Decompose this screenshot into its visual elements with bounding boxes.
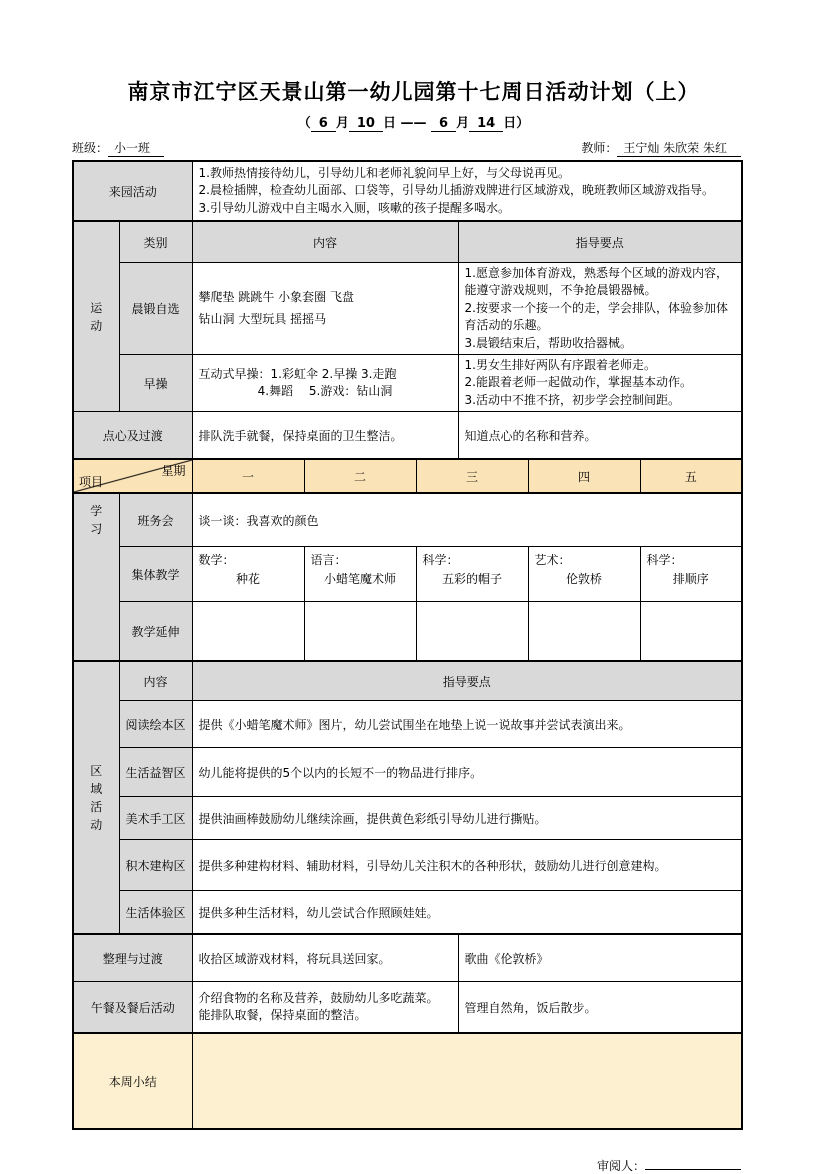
date-open: （: [298, 116, 311, 131]
sports-group-label: 运动: [73, 221, 119, 412]
lunch-label: 午餐及餐后活动: [73, 982, 192, 1034]
lesson-title: 小蜡笔魔术师: [311, 570, 410, 587]
reviewer-blank: [645, 1156, 741, 1170]
summary-content: [192, 1033, 742, 1129]
area-group-text: 区域活动: [88, 762, 104, 834]
day-thu: 四: [528, 459, 640, 493]
class-value: 小一班: [108, 141, 164, 157]
area-text-life-experience: 提供多种生活材料，幼儿尝试合作照顾娃娃。: [192, 891, 742, 935]
tidy-content: 收拾区域游戏材料，将玩具送回家。: [192, 934, 458, 982]
subject-name: 艺术：: [535, 551, 634, 568]
area-label-life-experience: 生活体验区: [119, 891, 192, 935]
group-teaching-row: 集体教学 数学： 种花 语言： 小蜡笔魔术师 科学： 五彩的帽子 艺术： 伦敦桥…: [73, 547, 742, 602]
week-corner-bottom: 项目: [79, 473, 103, 490]
morning-exercise-points: 1.愿意参加体育游戏，熟悉每个区域的游戏内容，能遵守游戏规则，不争抢晨锻器械。 …: [458, 263, 742, 355]
snack-label: 点心及过渡: [73, 412, 192, 460]
learning-group-label: 学习: [73, 493, 119, 661]
area-text-blocks: 提供多种建构材料、辅助材料，引导幼儿关注积木的各种形状，鼓励幼儿进行创意建构。: [192, 840, 742, 891]
morning-exercise-line: 钻山洞 大型玩具 摇摇马: [199, 311, 452, 328]
date-day1-label: 日: [383, 116, 396, 131]
date-day2: 14: [469, 116, 503, 132]
lesson-title: 排顺序: [647, 570, 736, 587]
extension-row: 教学延伸: [73, 602, 742, 662]
sports-group-text: 运动: [88, 299, 104, 335]
class-meeting-content: 谈一谈：我喜欢的颜色: [192, 493, 742, 547]
date-dash: ——: [401, 116, 427, 131]
sports-points-header: 指导要点: [458, 221, 742, 263]
arrival-line: 1.教师热情接待幼儿，引导幼儿和老师礼貌问早上好，与父母说再见。: [199, 165, 736, 182]
morning-drill-point: 3.活动中不推不挤，初步学会控制间距。: [465, 392, 736, 409]
day-mon: 一: [192, 459, 304, 493]
extension-mon: [192, 602, 304, 662]
teacher-field: 教师：王宁灿 朱欣荣 朱红: [581, 139, 741, 156]
morning-drill-content: 互动式早操：1.彩虹伞 2.早操 3.走跑 4.舞蹈 5.游戏：钻山洞: [192, 354, 458, 411]
group-teaching-tue: 语言： 小蜡笔魔术师: [304, 547, 416, 602]
morning-drill-row: 早操 互动式早操：1.彩虹伞 2.早操 3.走跑 4.舞蹈 5.游戏：钻山洞 1…: [73, 354, 742, 411]
class-label: 班级：: [72, 141, 108, 155]
morning-exercise-label: 晨锻自选: [119, 263, 192, 355]
lunch-row: 午餐及餐后活动 介绍食物的名称及营养，鼓励幼儿多吃蔬菜。 能排队取餐，保持桌面的…: [73, 982, 742, 1034]
area-row-art-craft: 美术手工区 提供油画棒鼓励幼儿继续涂画，提供黄色彩纸引导幼儿进行撕贴。: [73, 797, 742, 840]
week-header-row: 星期 项目 一 二 三 四 五: [73, 459, 742, 493]
morning-exercise-content: 攀爬垫 跳跳牛 小象套圈 飞盘 钻山洞 大型玩具 摇摇马: [192, 263, 458, 355]
area-row-life-puzzle: 生活益智区 幼儿能将提供的5个以内的长短不一的物品进行排序。: [73, 748, 742, 797]
morning-drill-line: 4.舞蹈 5.游戏：钻山洞: [199, 383, 452, 400]
subject-name: 科学：: [647, 551, 736, 568]
page-title: 南京市江宁区天景山第一幼儿园第十七周日活动计划（上）: [0, 76, 827, 106]
morning-drill-point: 1.男女生排好两队有序跟着老师走。: [465, 357, 736, 374]
day-fri: 五: [640, 459, 742, 493]
area-label-art-craft: 美术手工区: [119, 797, 192, 840]
subject-name: 科学：: [423, 551, 522, 568]
summary-label: 本周小结: [73, 1033, 192, 1129]
reviewer-label: 审阅人：: [597, 1159, 645, 1173]
week-corner-cell: 星期 项目: [73, 459, 192, 493]
arrival-label: 来园活动: [73, 161, 192, 221]
reviewer-line: 审阅人：: [72, 1156, 741, 1174]
tidy-points: 歌曲《伦敦桥》: [458, 934, 742, 982]
lunch-line: 介绍食物的名称及营养，鼓励幼儿多吃蔬菜。: [199, 990, 452, 1007]
lesson-title: 伦敦桥: [535, 570, 634, 587]
lunch-content: 介绍食物的名称及营养，鼓励幼儿多吃蔬菜。 能排队取餐，保持桌面的整洁。: [192, 982, 458, 1034]
sports-header-row: 运动 类别 内容 指导要点: [73, 221, 742, 263]
subject-name: 语言：: [311, 551, 410, 568]
teacher-value: 王宁灿 朱欣荣 朱红: [617, 141, 741, 157]
date-month1-label: 月: [336, 116, 349, 131]
group-teaching-wed: 科学： 五彩的帽子: [416, 547, 528, 602]
area-header-row: 区域活动 内容 指导要点: [73, 661, 742, 701]
snack-points: 知道点心的名称和营养。: [458, 412, 742, 460]
morning-drill-points: 1.男女生排好两队有序跟着老师走。 2.能跟着老师一起做动作，掌握基本动作。 3…: [458, 354, 742, 411]
morning-drill-label: 早操: [119, 354, 192, 411]
morning-drill-point: 2.能跟着老师一起做动作，掌握基本动作。: [465, 374, 736, 391]
group-teaching-thu: 艺术： 伦敦桥: [528, 547, 640, 602]
area-row-life-experience: 生活体验区 提供多种生活材料，幼儿尝试合作照顾娃娃。: [73, 891, 742, 935]
date-day1: 10: [349, 116, 383, 132]
extension-fri: [640, 602, 742, 662]
arrival-line: 2.晨检插牌，检查幼儿面部、口袋等，引导幼儿插游戏牌进行区域游戏，晚班教师区域游…: [199, 182, 736, 199]
sports-content-header: 内容: [192, 221, 458, 263]
date-month2-label: 月: [456, 116, 469, 131]
tidy-row: 整理与过渡 收拾区域游戏材料，将玩具送回家。 歌曲《伦敦桥》: [73, 934, 742, 982]
meta-row: 班级：小一班 教师：王宁灿 朱欣荣 朱红: [72, 139, 741, 156]
snack-content: 排队洗手就餐，保持桌面的卫生整洁。: [192, 412, 458, 460]
class-meeting-row: 学习 班务会 谈一谈：我喜欢的颜色: [73, 493, 742, 547]
teacher-label: 教师：: [581, 141, 617, 155]
area-text-reading: 提供《小蜡笔魔术师》图片，幼儿尝试围坐在地垫上说一说故事并尝试表演出来。: [192, 701, 742, 748]
area-text-life-puzzle: 幼儿能将提供的5个以内的长短不一的物品进行排序。: [192, 748, 742, 797]
morning-exercise-line: 攀爬垫 跳跳牛 小象套圈 飞盘: [199, 289, 452, 306]
weekly-plan-table: 来园活动 1.教师热情接待幼儿，引导幼儿和老师礼貌问早上好，与父母说再见。 2.…: [72, 160, 743, 1130]
arrival-line: 3.引导幼儿游戏中自主喝水入厕，咳嗽的孩子提醒多喝水。: [199, 200, 736, 217]
date-range: （6月10日 —— 6月14日）: [0, 112, 827, 131]
learning-group-text: 学习: [88, 502, 104, 538]
area-group-label: 区域活动: [73, 661, 119, 934]
document-page: 南京市江宁区天景山第一幼儿园第十七周日活动计划（上） （6月10日 —— 6月1…: [0, 0, 827, 1170]
area-label-reading: 阅读绘本区: [119, 701, 192, 748]
extension-tue: [304, 602, 416, 662]
area-row-blocks: 积木建构区 提供多种建构材料、辅助材料，引导幼儿关注积木的各种形状，鼓励幼儿进行…: [73, 840, 742, 891]
morning-exercise-row: 晨锻自选 攀爬垫 跳跳牛 小象套圈 飞盘 钻山洞 大型玩具 摇摇马 1.愿意参加…: [73, 263, 742, 355]
tidy-label: 整理与过渡: [73, 934, 192, 982]
class-meeting-label: 班务会: [119, 493, 192, 547]
morning-drill-line: 互动式早操：1.彩虹伞 2.早操 3.走跑: [199, 366, 452, 383]
arrival-row: 来园活动 1.教师热情接待幼儿，引导幼儿和老师礼貌问早上好，与父母说再见。 2.…: [73, 161, 742, 221]
morning-exercise-point: 1.愿意参加体育游戏，熟悉每个区域的游戏内容，能遵守游戏规则，不争抢晨锻器械。: [465, 265, 736, 300]
lesson-title: 种花: [199, 570, 298, 587]
morning-exercise-point: 2.按要求一个接一个的走，学会排队，体验参加体育活动的乐趣。: [465, 300, 736, 335]
day-wed: 三: [416, 459, 528, 493]
subject-name: 数学：: [199, 551, 298, 568]
group-teaching-fri: 科学： 排顺序: [640, 547, 742, 602]
summary-row: 本周小结: [73, 1033, 742, 1129]
day-tue: 二: [304, 459, 416, 493]
date-day2-label: 日）: [503, 116, 529, 131]
class-field: 班级：小一班: [72, 139, 164, 156]
lunch-line: 能排队取餐，保持桌面的整洁。: [199, 1007, 452, 1024]
lunch-points: 管理自然角，饭后散步。: [458, 982, 742, 1034]
date-month1: 6: [311, 116, 336, 132]
extension-thu: [528, 602, 640, 662]
area-points-header: 指导要点: [192, 661, 742, 701]
area-content-header: 内容: [119, 661, 192, 701]
week-corner-top: 星期: [162, 462, 186, 479]
date-month2: 6: [431, 116, 456, 132]
snack-row: 点心及过渡 排队洗手就餐，保持桌面的卫生整洁。 知道点心的名称和营养。: [73, 412, 742, 460]
extension-wed: [416, 602, 528, 662]
area-text-art-craft: 提供油画棒鼓励幼儿继续涂画，提供黄色彩纸引导幼儿进行撕贴。: [192, 797, 742, 840]
group-teaching-mon: 数学： 种花: [192, 547, 304, 602]
area-row-reading: 阅读绘本区 提供《小蜡笔魔术师》图片，幼儿尝试围坐在地垫上说一说故事并尝试表演出…: [73, 701, 742, 748]
extension-label: 教学延伸: [119, 602, 192, 662]
sports-category-header: 类别: [119, 221, 192, 263]
group-teaching-label: 集体教学: [119, 547, 192, 602]
lesson-title: 五彩的帽子: [423, 570, 522, 587]
area-label-life-puzzle: 生活益智区: [119, 748, 192, 797]
morning-exercise-point: 3.晨锻结束后，帮助收拾器械。: [465, 335, 736, 352]
area-label-blocks: 积木建构区: [119, 840, 192, 891]
arrival-content: 1.教师热情接待幼儿，引导幼儿和老师礼貌问早上好，与父母说再见。 2.晨检插牌，…: [192, 161, 742, 221]
